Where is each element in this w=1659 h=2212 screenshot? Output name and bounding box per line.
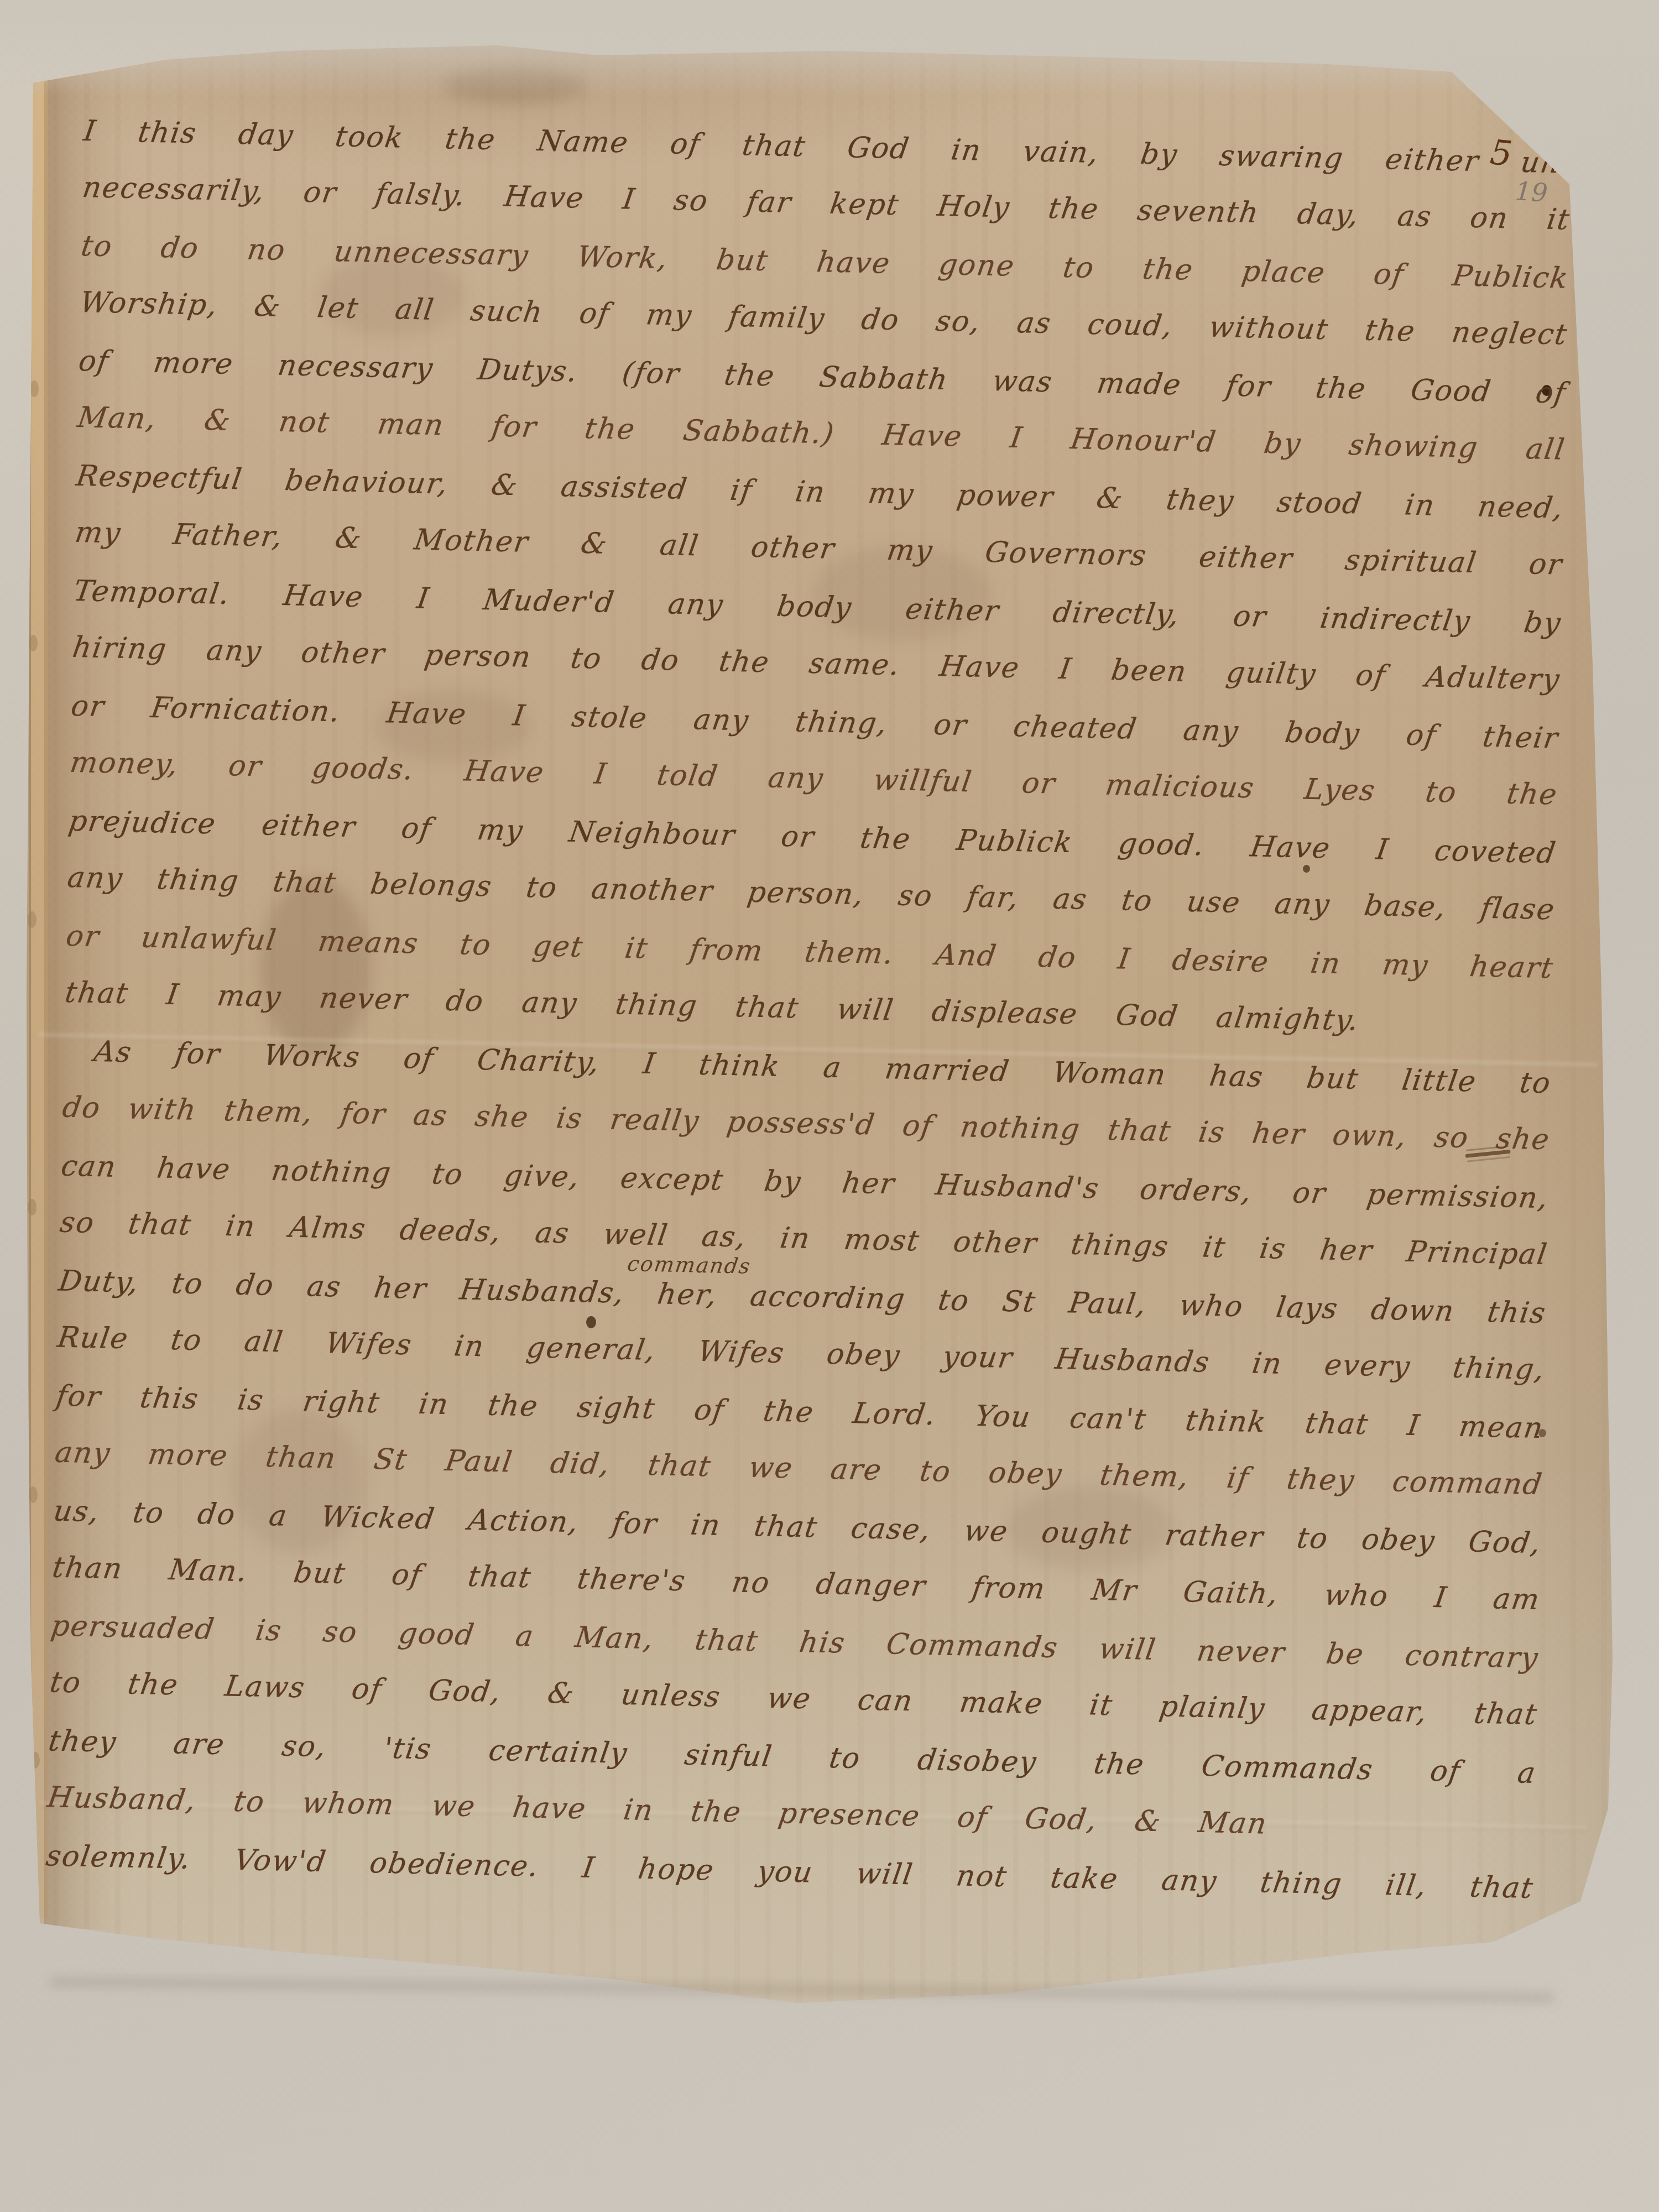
binding-mark bbox=[28, 1199, 36, 1215]
binding-mark bbox=[31, 1752, 40, 1768]
torn-top-edge-blend bbox=[0, 0, 1659, 97]
binding-mark bbox=[29, 1486, 38, 1503]
binding-mark bbox=[30, 380, 39, 397]
manuscript-text: I this day took the Name of that God in … bbox=[44, 113, 1571, 1928]
interlinear-insertion: commands bbox=[626, 1251, 753, 1279]
binding-mark bbox=[29, 635, 38, 651]
manuscript-page: 5 19 I this day took the Name of that Go… bbox=[22, 15, 1615, 2006]
photo-backing: 5 19 I this day took the Name of that Go… bbox=[0, 0, 1659, 2212]
binding-mark bbox=[28, 911, 36, 928]
